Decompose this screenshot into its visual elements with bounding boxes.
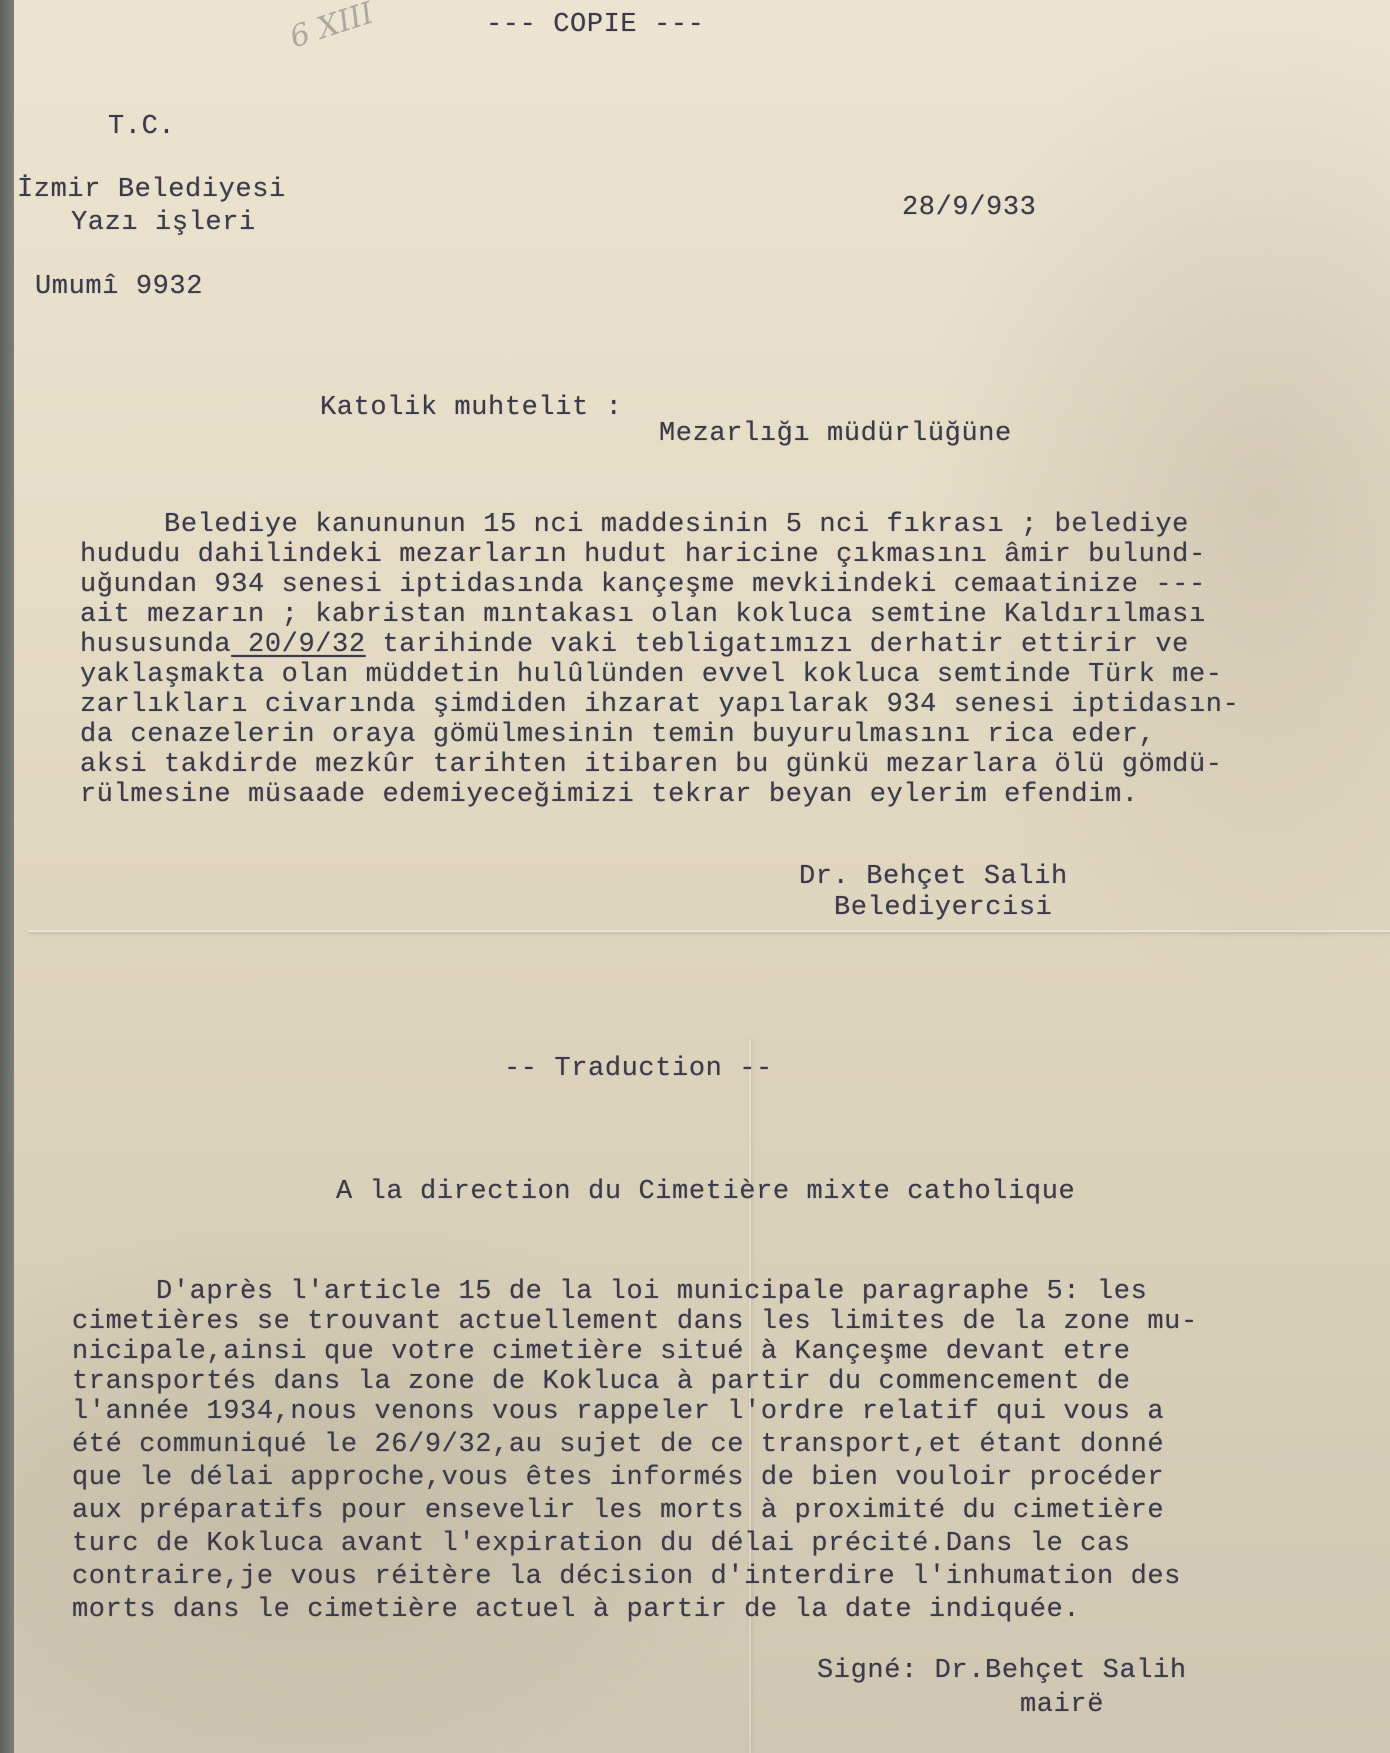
body-line: da cenazelerin oraya gömülmesinin temin … (80, 720, 1155, 750)
pencil-annotation: 6 XIII (286, 0, 378, 55)
body-line: transportés dans la zone de Kokluca à pa… (72, 1367, 1131, 1397)
body-line: été communiqué le 26/9/32,au sujet de ce… (72, 1430, 1164, 1460)
body-line: zarlıkları civarında şimdiden ihzarat ya… (80, 690, 1239, 720)
body-line: rülmesine müsaade edemiyeceğimizi tekrar… (80, 780, 1139, 810)
french-recipient: A la direction du Cimetière mixte cathol… (336, 1177, 1075, 1207)
recipient-line-2: Mezarlığı müdürlüğüne (659, 419, 1012, 449)
body-line: contraire,je vous réitère la décision d'… (72, 1562, 1181, 1592)
letterhead-state: T.C. (108, 112, 175, 142)
body-line: morts dans le cimetière actuel à partir … (72, 1595, 1080, 1625)
body-line: hududu dahilindeki mezarların hudut hari… (80, 540, 1206, 570)
turkish-signature-title: Belediyercisi (834, 893, 1052, 923)
body-line: yaklaşmakta olan müddetin hulûlünden evv… (80, 660, 1223, 690)
body-line: uğundan 934 senesi iptidasında kançeşme … (80, 570, 1206, 600)
body-line: turc de Kokluca avant l'expiration du dé… (72, 1529, 1131, 1559)
body-line: D'après l'article 15 de la loi municipal… (72, 1277, 1147, 1307)
letterhead-municipality: İzmir Belediyesi (17, 175, 286, 205)
body-text: tarihinde vaki tebligatımızı derhatir et… (366, 630, 1189, 660)
body-line: nicipale,ainsi que votre cimetière situé… (72, 1337, 1131, 1367)
body-line: que le délai approche,vous êtes informés… (72, 1463, 1164, 1493)
underlined-date: 20/9/32 (231, 630, 365, 660)
turkish-signature-name: Dr. Behçet Salih (799, 862, 1068, 892)
recipient-line-1: Katolik muhtelit : (320, 393, 622, 423)
body-text: hususunda (80, 630, 231, 660)
body-line: l'année 1934,nous venons vous rappeler l… (72, 1397, 1164, 1427)
body-line: cimetières se trouvant actuellement dans… (72, 1307, 1198, 1337)
letter-date: 28/9/933 (902, 193, 1036, 223)
translation-header: -- Traduction -- (504, 1054, 773, 1084)
paper-fold-line (28, 930, 1390, 932)
body-line-with-date: hususunda 20/9/32 tarihinde vaki tebliga… (80, 630, 1189, 660)
body-line: ait mezarın ; kabristan mıntakası olan k… (80, 600, 1206, 630)
typewritten-letter-page: 6 XIII --- COPIE --- T.C. İzmir Belediye… (14, 0, 1390, 1753)
body-line: aksi takdirde mezkûr tarihten itibaren b… (80, 750, 1223, 780)
letterhead-department: Yazı işleri (71, 208, 256, 238)
french-signature-name: Signé: Dr.Behçet Salih (817, 1656, 1187, 1686)
body-line: Belediye kanununun 15 nci maddesinin 5 n… (80, 510, 1189, 540)
french-signature-title: mairë (1020, 1690, 1104, 1720)
photo-background-edge (0, 0, 14, 1753)
body-line: aux préparatifs pour ensevelir les morts… (72, 1496, 1164, 1526)
copy-header: --- COPIE --- (486, 10, 704, 40)
reference-number: Umumî 9932 (35, 272, 203, 302)
